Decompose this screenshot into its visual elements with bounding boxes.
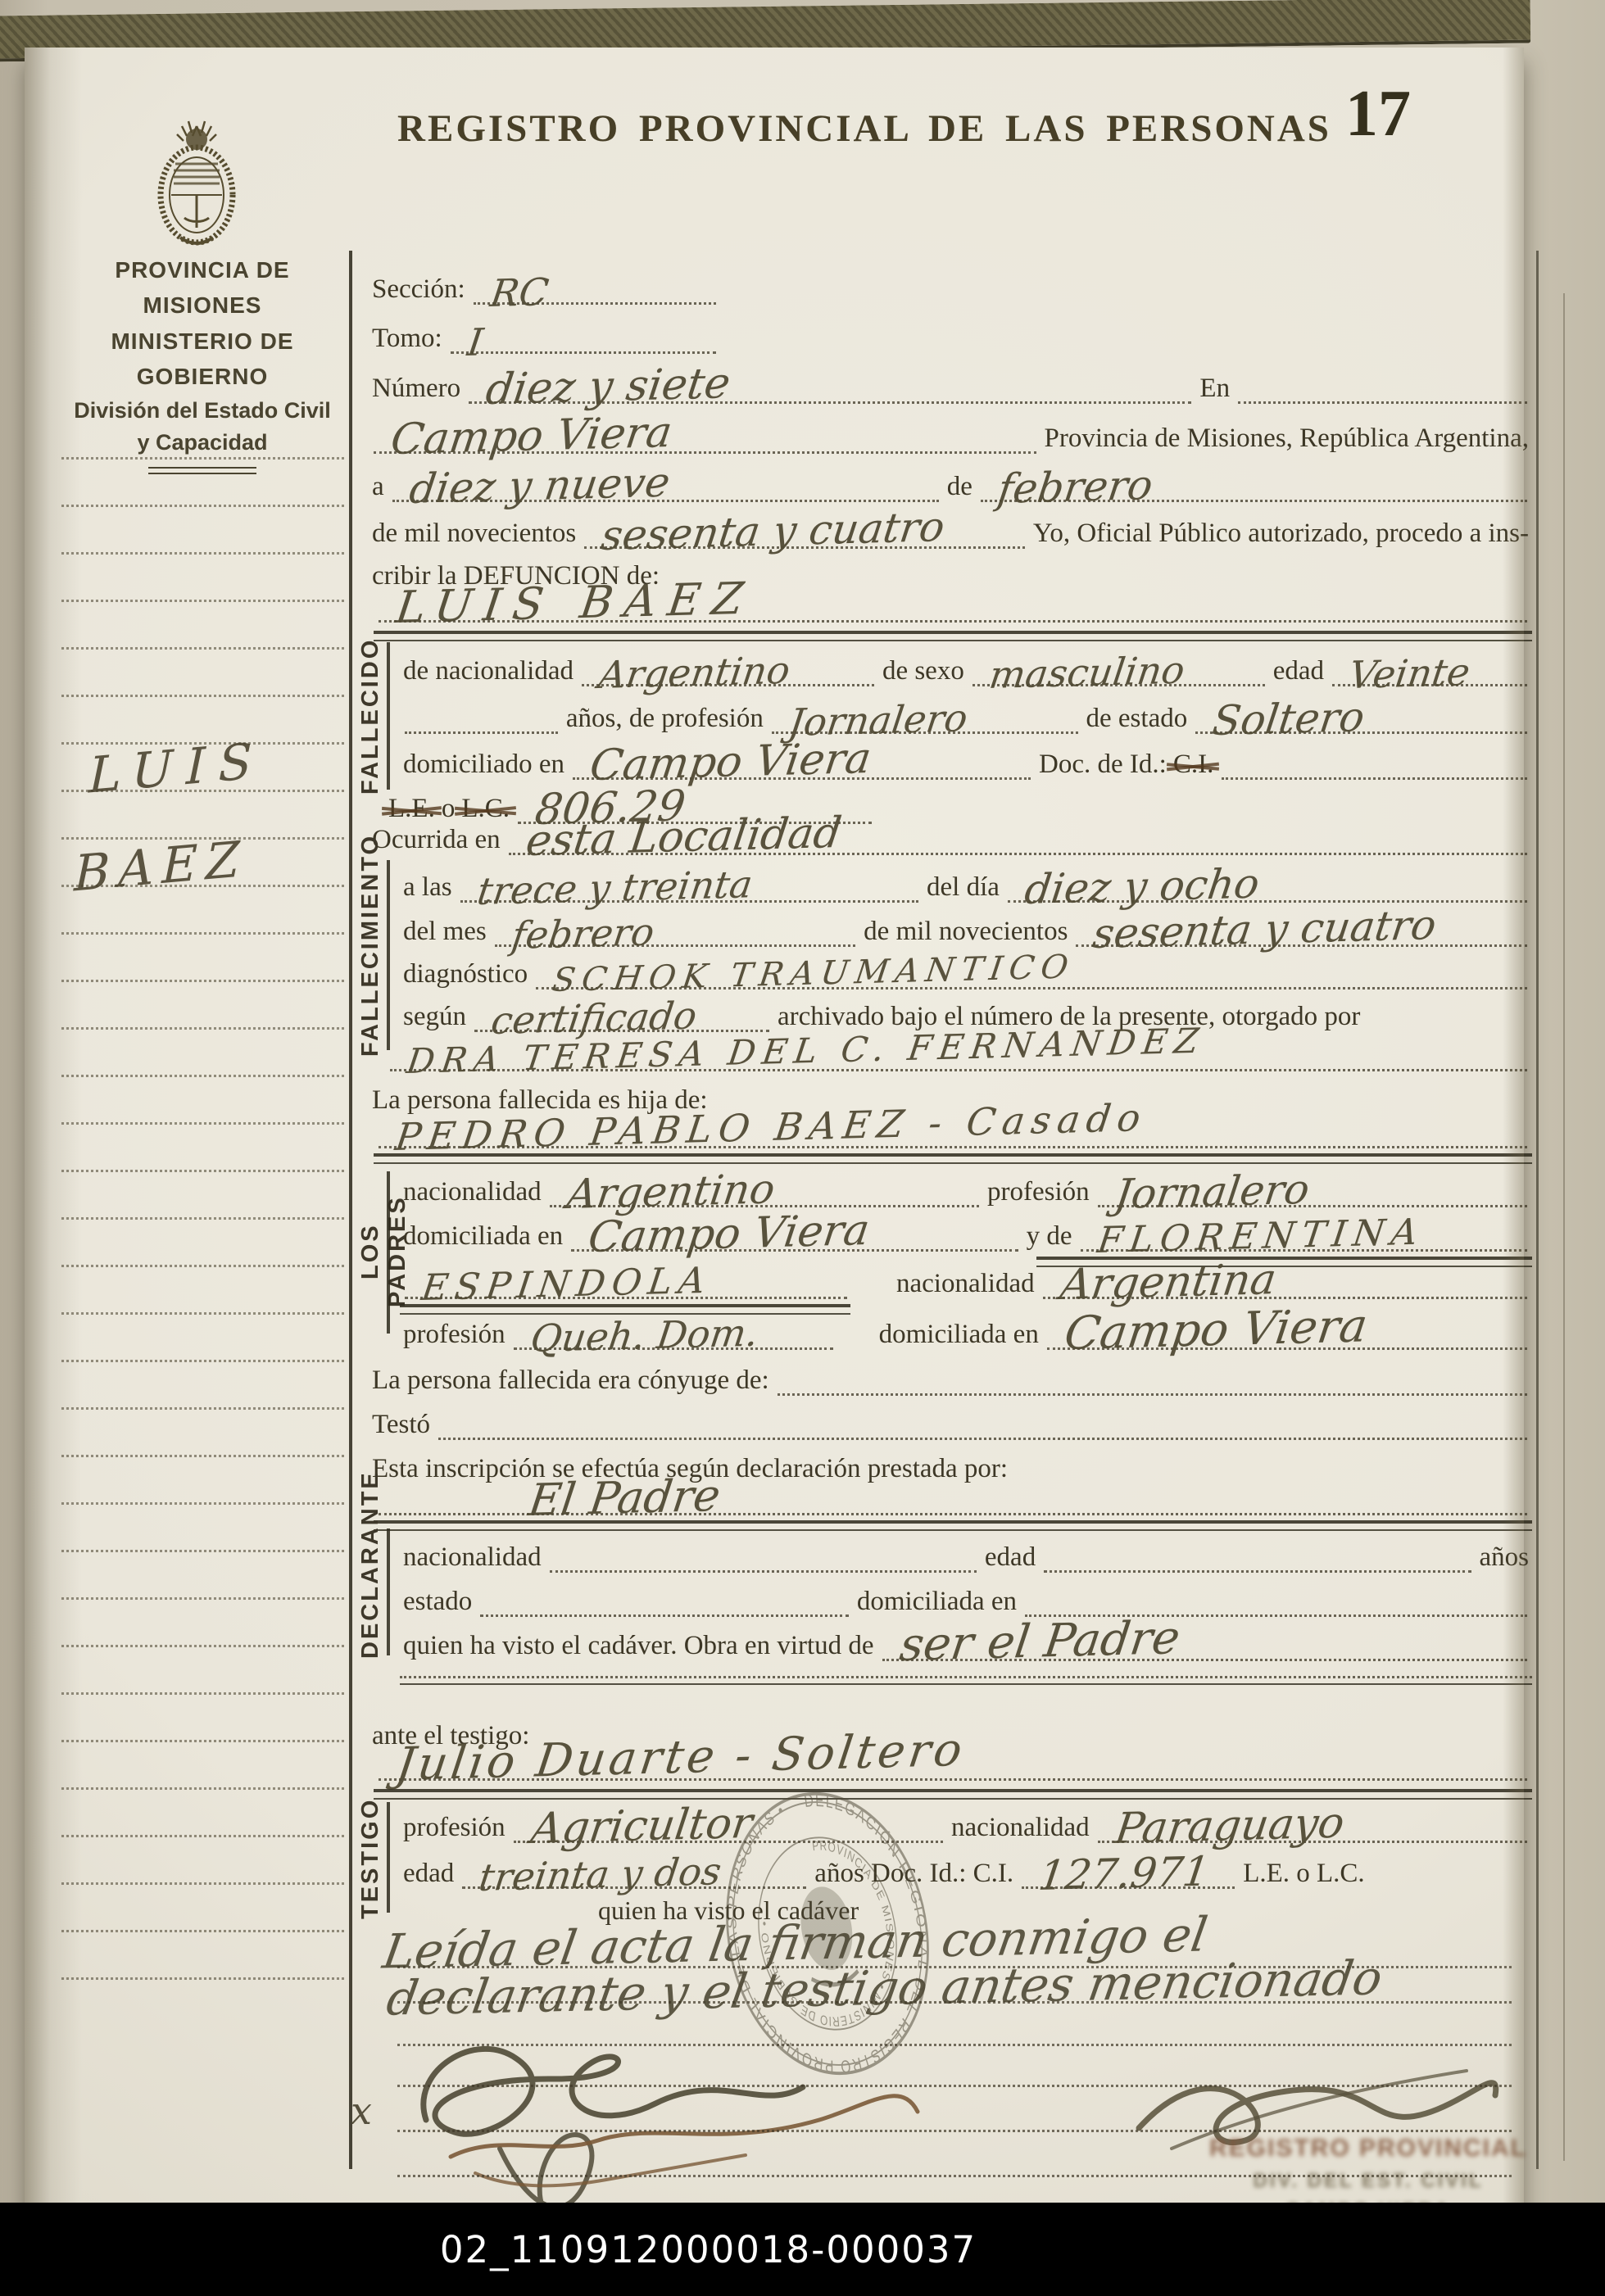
declarante-edad-field (1044, 1528, 1471, 1573)
en-field (1238, 359, 1527, 404)
section-bracket-fallecido (387, 642, 390, 790)
coat-of-arms (147, 113, 246, 256)
testigo-le-lc-label: L.E. o L.C. (1240, 1859, 1367, 1889)
seccion-field: RC (474, 260, 716, 305)
issuing-office-block: PROVINCIA DE MISIONES MINISTERIO DE GOBI… (59, 252, 346, 474)
difunto-field: LUIS BAEZ (379, 577, 1527, 623)
hora-field: trece y treinta (460, 858, 918, 903)
provincia-printed: Provincia de Misiones, República Argenti… (1041, 423, 1532, 454)
doc-tipo-struck: C.I. (1170, 749, 1217, 780)
section-label-declarante: DECLARANTE (357, 1524, 384, 1659)
testigo-edad-label: edad (400, 1859, 457, 1889)
madre-domicilio-field: Campo Viera (1047, 1305, 1527, 1350)
testigo-doc-numero: 127.971 (1036, 1851, 1212, 1896)
office-line-capacidad: y Capacidad (59, 427, 346, 459)
rect-stamp-line-1: REGISTRO PROVINCIAL (1204, 2130, 1532, 2167)
margin-ruled-line (61, 1027, 344, 1030)
declarante-nacionalidad-field (550, 1528, 977, 1573)
declarante-estado-field (480, 1572, 849, 1617)
dia-field: diez y nueve (392, 457, 939, 502)
numero-field: diez y siete (469, 359, 1191, 404)
margin-ruled-line (61, 600, 344, 602)
oficial-text: Yo, Oficial Público autorizado, procedo … (1030, 519, 1532, 549)
office-line-division: División del Estado Civil (59, 395, 346, 427)
madre-nombre-field: FLORENTINA (1081, 1207, 1527, 1252)
margin-ruled-line (61, 1835, 344, 1837)
declarante-nombre: El Padre (526, 1474, 723, 1523)
margin-ruled-line (61, 1217, 344, 1220)
margin-ruled-line (61, 1407, 344, 1410)
padre-profesion-label: profesión (984, 1177, 1093, 1207)
tomo-value: I (465, 324, 485, 361)
margin-ruled-line (61, 1502, 344, 1505)
margin-ruled-line (61, 1312, 344, 1315)
otorgante-value: DRA TERESA DEL C. FERNANDEZ (405, 1024, 1207, 1079)
fallecido-edad-field: Veinte (1332, 641, 1527, 686)
margin-note-last-name: BAEZ (74, 831, 248, 903)
diagnostico-label: diagnóstico (400, 959, 531, 989)
dia-value: diez y nueve (407, 462, 673, 509)
ocurrida-field: esta Localidad (509, 810, 1527, 855)
fallecido-domicilio-label: domiciliado en (400, 749, 568, 780)
numero-label: Número (369, 374, 464, 404)
declarante-domicilio-label: domiciliada en (854, 1587, 1020, 1617)
office-line-provincia: PROVINCIA DE MISIONES (59, 252, 346, 324)
margin-ruled-line (61, 505, 344, 507)
margin-ruled-line (61, 980, 344, 982)
padre-domicilio-label: domiciliada en (400, 1221, 566, 1252)
padre-nacionalidad-field: Argentino (550, 1162, 979, 1207)
declarante-visto-label: quien ha visto el cadáver. Obra en virtu… (400, 1631, 877, 1661)
mes-value: febrero (995, 464, 1155, 509)
otorgante-field: DRA TERESA DEL C. FERNANDEZ (390, 1026, 1527, 1071)
madre-nombre: FLORENTINA (1095, 1215, 1426, 1259)
dia-fallec-field: diez y ocho (1008, 858, 1527, 903)
seccion-label: Sección: (369, 274, 469, 305)
margin-ruled-line (61, 1075, 344, 1077)
testigo-edad: treinta y dos (477, 1852, 723, 1896)
bottom-ruled-line (397, 2175, 1512, 2177)
mes-fallec-field: febrero (495, 902, 855, 947)
section-label-fallecido: FALLECIDO (357, 639, 384, 795)
madre-apellido: ESPINDOLA (419, 1263, 714, 1307)
madre-profesion-label: profesión (400, 1320, 509, 1350)
madre-domicilio-label: domiciliada en (876, 1320, 1042, 1350)
hora-label: a las (400, 872, 456, 903)
margin-ruled-line (61, 695, 344, 697)
margin-ruled-line (61, 1170, 344, 1172)
empty-continuation-field (405, 689, 558, 734)
margin-ruled-line (61, 1550, 344, 1552)
padre-domicilio-field: Campo Viera (571, 1207, 1018, 1252)
padre-domicilio: Campo Viera (586, 1209, 872, 1259)
segun-field: certificado (474, 987, 769, 1032)
section-label-fallecimiento: FALLECIMIENTO (357, 854, 384, 1057)
rect-stamp-line-2: DIV. DEL EST. CIVIL (1204, 2167, 1532, 2196)
signature-x-mark: x (351, 2089, 372, 2133)
margin-ruled-line (61, 1455, 344, 1457)
margin-ruled-line (61, 1122, 344, 1125)
fallecido-sexo: masculino (987, 651, 1187, 694)
margin-ruled-line (61, 1597, 344, 1600)
declarante-edad-label: edad (982, 1542, 1039, 1573)
margin-ruled-line (61, 742, 344, 745)
lugar-field: Campo Viera (374, 409, 1036, 454)
declarante-nacionalidad-label: nacionalidad (400, 1542, 545, 1573)
section-bracket-fallecimiento (387, 860, 390, 1050)
seccion-value: RC (488, 273, 551, 312)
padre-nacionalidad-label: nacionalidad (400, 1177, 545, 1207)
section-bracket-testigo (387, 1802, 390, 1913)
image-code: 02_110912000018-000037 (440, 2228, 977, 2271)
de-label: de (944, 472, 976, 502)
madre-domicilio: Campo Viera (1062, 1303, 1370, 1357)
doc-extra-field (1222, 735, 1527, 780)
padre-nombre-field: PEDRO PABLO BAEZ - Casado (379, 1103, 1527, 1148)
anio-field: sesenta y cuatro (584, 504, 1025, 549)
declarante-estado-label: estado (400, 1587, 475, 1617)
tomo-label: Tomo: (369, 324, 446, 354)
madre-profesion-field: Queh. Dom. (514, 1305, 833, 1350)
margin-ruled-line (61, 457, 344, 460)
margin-ruled-line (61, 1692, 344, 1695)
margin-ruled-line (61, 1645, 344, 1647)
page-edge-line (1563, 293, 1565, 2161)
anio-fallec-field: sesenta y cuatro (1076, 902, 1527, 947)
tomo-field: I (451, 309, 716, 354)
section-bracket-padres (387, 1171, 390, 1334)
margin-ruled-line (61, 932, 344, 935)
page-title: REGISTRO PROVINCIAL DE LAS PERSONAS (377, 106, 1352, 151)
page-number: 17 (1345, 77, 1411, 152)
fallecido-nacionalidad-field: Argentino (582, 641, 874, 686)
conyuge-field (778, 1351, 1527, 1396)
margin-ruled-line (61, 1265, 344, 1267)
difunto-nombre: LUIS BAEZ (393, 577, 757, 630)
margin-ruled-line (61, 647, 344, 650)
dia-fallec-label: del día (923, 872, 1003, 903)
testo-label: Testó (369, 1410, 433, 1440)
a-label: a (369, 472, 388, 502)
margin-ruled-line (61, 885, 344, 887)
fallecido-sexo-field: masculino (973, 641, 1265, 686)
padre-nombre: PEDRO PABLO BAEZ - Casado (393, 1098, 1149, 1156)
testigo-profesion-label: profesión (400, 1813, 509, 1843)
viewer-footer-bar: 02_110912000018-000037 (0, 2203, 1605, 2296)
registry-page: REGISTRO PROVINCIAL DE LAS PERSONAS 17 P… (25, 48, 1524, 2210)
en-label: En (1196, 374, 1233, 404)
form-left-border (349, 251, 352, 2169)
margin-ruled-line (61, 790, 344, 792)
form-right-border (1536, 251, 1539, 2169)
numero-value: diez y siete (483, 362, 732, 411)
section-label-testigo: TESTIGO (357, 1797, 384, 1920)
fallecido-edad-label: edad (1270, 656, 1327, 686)
ocurrida-label: Ocurrida en (369, 825, 504, 855)
heavy-rule-difunto (374, 631, 1532, 641)
fallecido-estado-field: Soltero (1195, 689, 1527, 734)
testigo-nombre-field: Julio Duarte - Soltero (379, 1736, 1527, 1781)
scanned-document-viewer: REGISTRO PROVINCIAL DE LAS PERSONAS 17 P… (0, 0, 1605, 2296)
madre-nacionalidad-label: nacionalidad (893, 1269, 1038, 1299)
bottom-ruled-line (397, 1966, 1512, 1968)
madre-profesion: Queh. Dom. (528, 1314, 760, 1357)
fallecido-edad: Veinte (1347, 653, 1472, 694)
fallecido-nacionalidad-label: de nacionalidad (400, 656, 577, 686)
stamp-center-emblem (795, 1882, 859, 1974)
testigo-nacionalidad-field: Paraguayo (1098, 1798, 1527, 1843)
madre-apellido-field: ESPINDOLA (405, 1254, 847, 1299)
margin-ruled-line (61, 1740, 344, 1742)
office-line-ministerio: MINISTERIO DE GOBIERNO (59, 324, 346, 395)
margin-ruled-line (61, 1882, 344, 1885)
margin-ruled-line (61, 1787, 344, 1790)
section-bracket-declarante (387, 1528, 390, 1655)
conyuge-label: La persona fallecida era cónyuge de: (369, 1365, 773, 1396)
fallecido-nacionalidad: Argentino (596, 651, 792, 694)
y-de-label: y de (1023, 1221, 1076, 1252)
margin-ruled-line (61, 1930, 344, 1932)
anio-fallec-label: de mil novecientos (860, 917, 1071, 947)
bottom-ruled-line (397, 2001, 1512, 2004)
diagnostico-field: SCHOK TRAUMANTICO (536, 944, 1527, 989)
fallecido-profesion-field: Jornalero (772, 689, 1078, 734)
mes-fallec-label: del mes (400, 917, 490, 947)
bottom-ruled-line (397, 2044, 1512, 2046)
ocurrida-lugar: esta Localidad (524, 812, 844, 863)
double-underline (148, 467, 256, 474)
declarante-virtud-field: ser el Padre (882, 1616, 1527, 1661)
padre-profesion-field: Jornalero (1098, 1162, 1527, 1207)
testo-field (438, 1395, 1527, 1440)
margin-ruled-line (61, 1360, 344, 1362)
margin-ruled-line (61, 837, 344, 840)
bottom-ruled-line (397, 2130, 1512, 2132)
madre-nacionalidad-field: Argentina (1043, 1254, 1527, 1299)
continuation-line (400, 1676, 1532, 1685)
margin-ruled-line (61, 1977, 344, 1980)
doc-id-label: Doc. de Id.: (1036, 749, 1170, 780)
testigo-doc-field: 127.971 (1022, 1844, 1235, 1889)
fallecido-sexo-label: de sexo (879, 656, 968, 686)
declarante-domicilio-field (1025, 1572, 1527, 1617)
fallecido-estado-label: de estado (1083, 704, 1191, 734)
testigo-nacionalidad-label: nacionalidad (948, 1813, 1093, 1843)
bottom-ruled-line (397, 2085, 1512, 2087)
anio-prefix-label: de mil novecientos (369, 519, 579, 549)
fallecido-domicilio-field: Campo Viera (573, 735, 1031, 780)
mes-field: febrero (981, 457, 1527, 502)
lugar-value: Campo Viera (388, 411, 674, 461)
declarante-virtud: ser el Padre (897, 1615, 1182, 1669)
declarante-nombre-field: El Padre (379, 1470, 1527, 1515)
fallecido-profesion-label: años, de profesión (563, 704, 767, 734)
margin-ruled-line (61, 552, 344, 555)
declarante-anos-label: años (1476, 1542, 1533, 1573)
madre-nacionalidad: Argentina (1058, 1258, 1279, 1307)
